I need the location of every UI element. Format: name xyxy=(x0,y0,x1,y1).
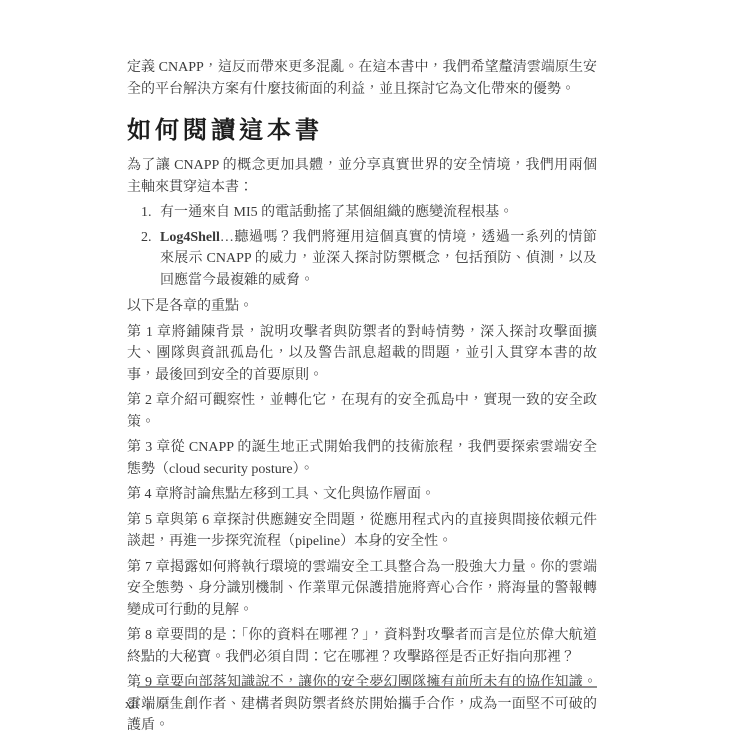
footer-divider xyxy=(137,686,597,688)
section-heading: 如何閱讀這本書 xyxy=(127,117,597,144)
page-footer: xii|前言 xyxy=(125,696,182,712)
theme-list-item-2: 2. Log4Shell…聽過嗎？我們將運用這個真實的情境，透過一系列的情節來展… xyxy=(127,227,597,292)
chapter-1-summary: 第 1 章將鋪陳背景，說明攻擊者與防禦者的對峙情勢，深入探討攻擊面擴大、團隊與資… xyxy=(127,322,597,387)
theme-list-item-1: 1. 有一通來自 MI5 的電話動搖了某個組織的應變流程根基。 xyxy=(127,202,597,224)
page-number: xii xyxy=(125,696,139,711)
list-item-2-text: Log4Shell…聽過嗎？我們將運用這個真實的情境，透過一系列的情節來展示 C… xyxy=(160,230,597,288)
list-item-1-text: 有一通來自 MI5 的電話動搖了某個組織的應變流程根基。 xyxy=(160,205,513,220)
book-page: 定義 CNAPP，這反而帶來更多混亂。在這本書中，我們希望釐清雲端原生安全的平台… xyxy=(0,0,750,750)
chapter-4-summary: 第 4 章將討論焦點左移到工具、文化與協作層面。 xyxy=(127,484,597,506)
list-item-2-number: 2. xyxy=(141,227,152,249)
footer-section-title: 前言 xyxy=(157,697,182,711)
chapter-2-summary: 第 2 章介紹可觀察性，並轉化它，在現有的安全孤島中，實現一致的安全政策。 xyxy=(127,390,597,433)
chapter-7-summary: 第 7 章揭露如何將執行環境的雲端安全工具整合為一股強大力量。你的雲端安全態勢、… xyxy=(127,557,597,622)
list-item-1-number: 1. xyxy=(141,202,152,224)
footer-separator: | xyxy=(147,696,150,711)
chapter-5-6-summary: 第 5 章與第 6 章探討供應鏈安全問題，從應用程式內的直接與間接依賴元件談起，… xyxy=(127,510,597,553)
page-content: 定義 CNAPP，這反而帶來更多混亂。在這本書中，我們希望釐清雲端原生安全的平台… xyxy=(127,57,597,741)
intro-paragraph: 定義 CNAPP，這反而帶來更多混亂。在這本書中，我們希望釐清雲端原生安全的平台… xyxy=(127,57,597,100)
chapters-overview-paragraph: 以下是各章的重點。 xyxy=(127,296,597,318)
chapter-8-summary: 第 8 章要問的是：「你的資料在哪裡？」，資料對攻擊者而言是位於偉大航道終點的大… xyxy=(127,625,597,668)
section-lead-paragraph: 為了讓 CNAPP 的概念更加具體，並分享真實世界的安全情境，我們用兩個主軸來貫… xyxy=(127,155,597,198)
theme-list: 1. 有一通來自 MI5 的電話動搖了某個組織的應變流程根基。 2. Log4S… xyxy=(127,202,597,291)
chapter-9-summary: 第 9 章要向部落知識說不，讓你的安全夢幻團隊擁有前所未有的協作知識。雲端原生創… xyxy=(127,672,597,737)
chapter-3-summary: 第 3 章從 CNAPP 的誕生地正式開始我們的技術旅程，我們要探索雲端安全態勢… xyxy=(127,437,597,480)
